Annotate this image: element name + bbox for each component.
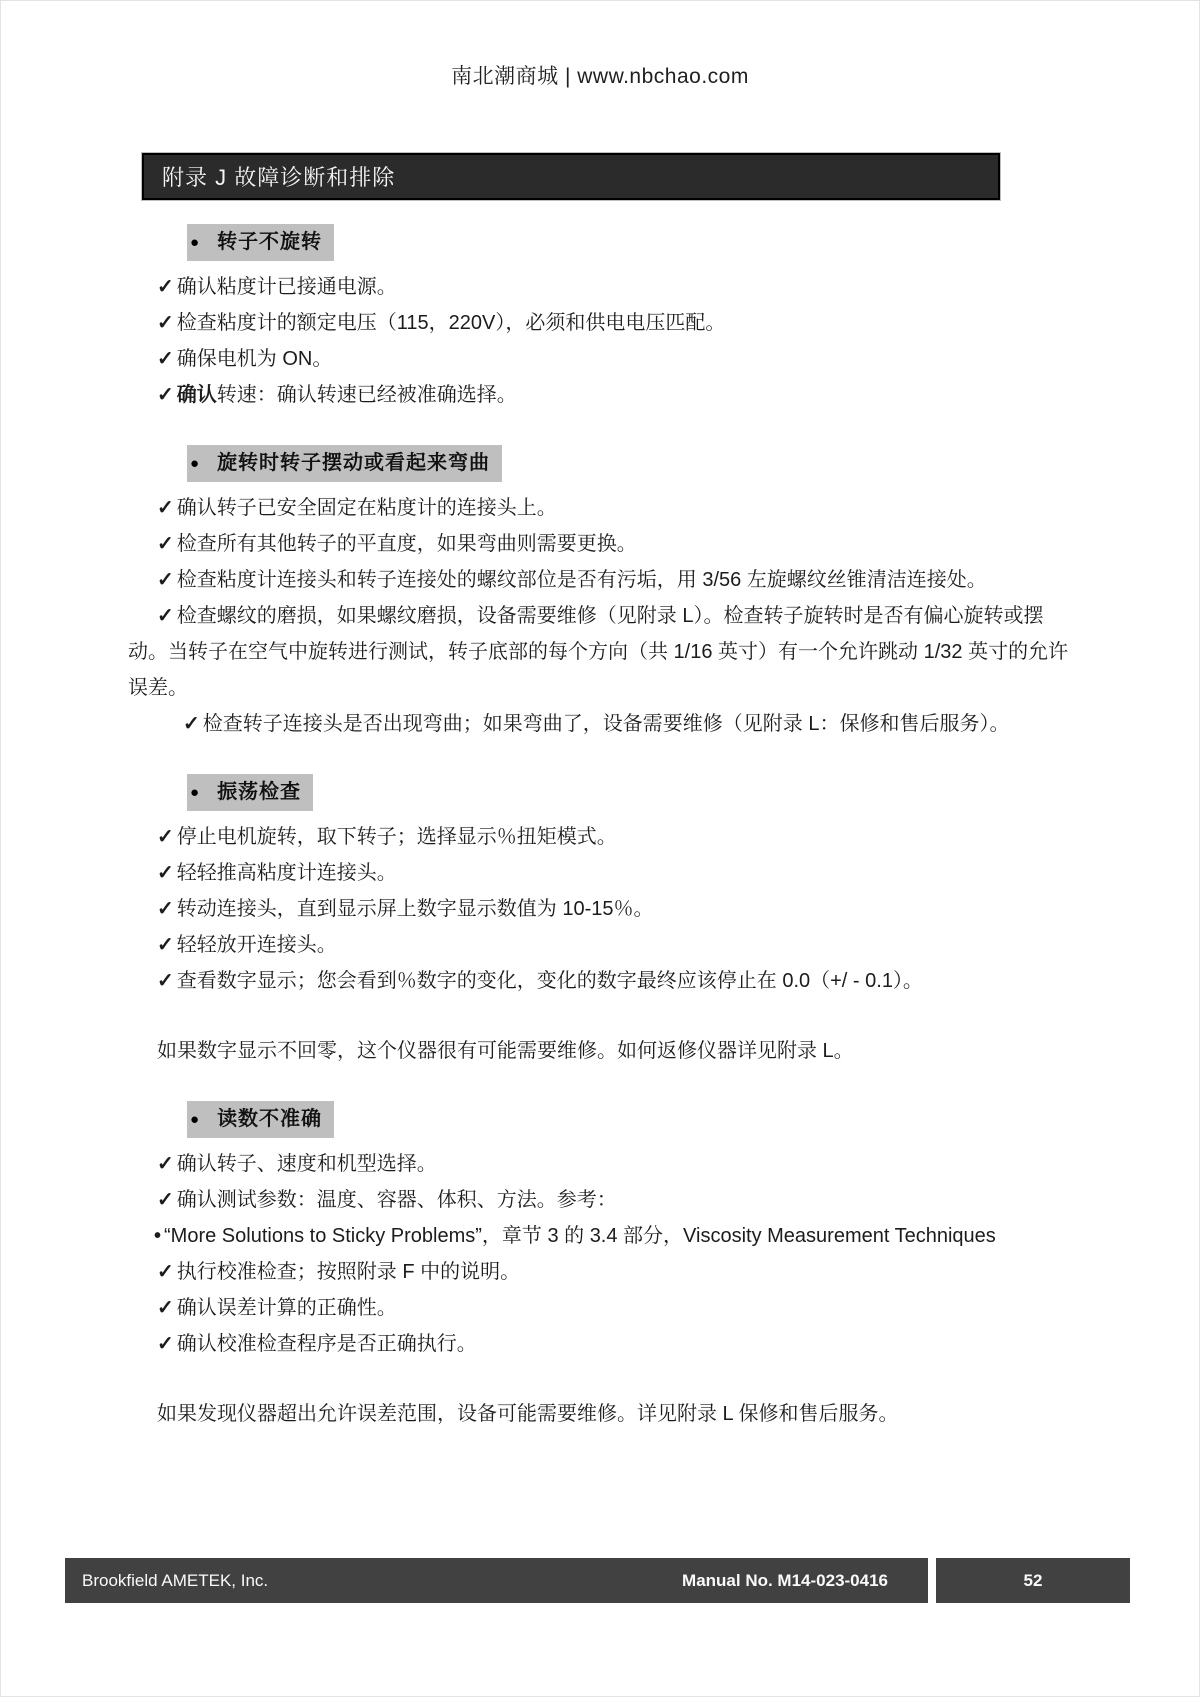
checkmark-icon: ✓ [157,1153,174,1175]
checklist-item: ✓检查所有其他转子的平直度，如果弯曲则需要更换。 [128,526,1078,562]
footer-page-box: 52 [936,1558,1130,1603]
checklist-item: ✓检查转子连接头是否出现弯曲；如果弯曲了，设备需要维修（见附录 L：保修和售后服… [128,706,1078,742]
checkmark-icon: ✓ [157,1189,174,1211]
section-bullet-icon: ● [190,455,199,472]
section-heading-highlight: ●旋转时转子摆动或看起来弯曲 [187,445,502,482]
checkmark-icon: ✓ [157,276,174,298]
checklist-item: ✓确认校准检查程序是否正确执行。 [128,1326,1078,1362]
checkmark-icon: ✓ [157,569,174,591]
section-heading-label: 读数不准确 [217,1108,322,1130]
checkmark-icon: ✓ [157,934,174,956]
checklist-item: ✓确认转子已安全固定在粘度计的连接头上。 [128,490,1078,526]
checklist-item: ✓转动连接头，直到显示屏上数字显示数值为 10-15％。 [128,891,1078,927]
checklist-item: ✓确认误差计算的正确性。 [128,1290,1078,1326]
checklist-item: ✓检查粘度计的额定电压（115，220V），必须和供电电压匹配。 [128,305,1078,341]
footer-bar: Brookfield AMETEK, Inc. Manual No. M14-0… [65,1558,928,1603]
section-bullet-icon: ● [190,234,199,251]
checklist-item: ✓查看数字显示；您会看到％数字的变化，变化的数字最终应该停止在 0.0（+/ -… [128,963,1078,999]
section-note: 如果数字显示不回零，这个仪器很有可能需要维修。如何返修仪器详见附录 L。 [128,1033,1078,1069]
section-heading-highlight: ●读数不准确 [187,1101,334,1138]
checkmark-icon: ✓ [157,533,174,555]
section-2: ●旋转时转子摆动或看起来弯曲✓确认转子已安全固定在粘度计的连接头上。✓检查所有其… [128,445,1078,742]
section-heading: ●振荡检查 [187,774,1078,811]
checkmark-icon: ✓ [157,862,174,884]
section-heading: ●旋转时转子摆动或看起来弯曲 [187,445,1078,482]
checklist-item: ✓确认转速：确认转速已经被准确选择。 [128,377,1078,413]
section-heading: ●转子不旋转 [187,224,1078,261]
checklist-item: ✓确认测试参数：温度、容器、体积、方法。参考： [128,1182,1078,1218]
page-number: 52 [1024,1571,1043,1591]
document-page: 南北潮商城 | www.nbchao.com 附录 J 故障诊断和排除 ●转子不… [0,0,1200,1697]
checkmark-icon: ✓ [157,826,174,848]
checklist-item: ✓确认粘度计已接通电源。 [128,269,1078,305]
checklist-item: ✓轻轻放开连接头。 [128,927,1078,963]
checkmark-icon: ✓ [183,713,200,735]
checklist-item: ✓停止电机旋转，取下转子；选择显示％扭矩模式。 [128,819,1078,855]
checkmark-icon: ✓ [157,497,174,519]
section-heading: ●读数不准确 [187,1101,1078,1138]
section-bullet-icon: ● [190,1111,199,1128]
section-heading-highlight: ●振荡检查 [187,774,313,811]
section-heading-highlight: ●转子不旋转 [187,224,334,261]
checkmark-icon: ✓ [157,1261,174,1283]
footer-company: Brookfield AMETEK, Inc. [82,1571,268,1591]
section-heading-label: 旋转时转子摆动或看起来弯曲 [217,452,490,474]
site-header-text: 南北潮商城 | www.nbchao.com [0,60,1200,90]
checkmark-icon: ✓ [157,312,174,334]
checklist-item: ✓确保电机为 ON。 [128,341,1078,377]
dot-bullet-icon: • [154,1225,161,1247]
reference-item: •“More Solutions to Sticky Problems”，章节 … [128,1218,1078,1254]
appendix-title: 附录 J 故障诊断和排除 [162,161,395,192]
section-1: ●转子不旋转✓确认粘度计已接通电源。✓检查粘度计的额定电压（115，220V），… [128,224,1078,413]
checkmark-icon: ✓ [157,1297,174,1319]
footer-manual-number: Manual No. M14-023-0416 [682,1571,888,1591]
section-note: 如果发现仪器超出允许误差范围，设备可能需要维修。详见附录 L 保修和售后服务。 [128,1396,1078,1432]
checkmark-icon: ✓ [157,1333,174,1355]
section-heading-label: 转子不旋转 [217,231,322,253]
checklist-item: ✓检查粘度计连接头和转子连接处的螺纹部位是否有污垢，用 3/56 左旋螺纹丝锥清… [128,562,1078,598]
checklist-item: ✓轻轻推高粘度计连接头。 [128,855,1078,891]
sections: ●转子不旋转✓确认粘度计已接通电源。✓检查粘度计的额定电压（115，220V），… [128,224,1078,1464]
section-4: ●读数不准确✓确认转子、速度和机型选择。✓确认测试参数：温度、容器、体积、方法。… [128,1101,1078,1432]
checklist-item: ✓确认转子、速度和机型选择。 [128,1146,1078,1182]
section-bullet-icon: ● [190,784,199,801]
checkmark-icon: ✓ [157,970,174,992]
bold-text: 确认 [177,384,217,406]
checkmark-icon: ✓ [157,605,174,627]
checkmark-icon: ✓ [157,384,174,406]
appendix-title-bar: 附录 J 故障诊断和排除 [142,153,1000,200]
checklist-item: ✓检查螺纹的磨损，如果螺纹磨损，设备需要维修（见附录 L）。检查转子旋转时是否有… [128,598,1078,706]
section-3: ●振荡检查✓停止电机旋转，取下转子；选择显示％扭矩模式。✓轻轻推高粘度计连接头。… [128,774,1078,1069]
section-heading-label: 振荡检查 [217,781,301,803]
checkmark-icon: ✓ [157,348,174,370]
checkmark-icon: ✓ [157,898,174,920]
checklist-item: ✓执行校准检查；按照附录 F 中的说明。 [128,1254,1078,1290]
